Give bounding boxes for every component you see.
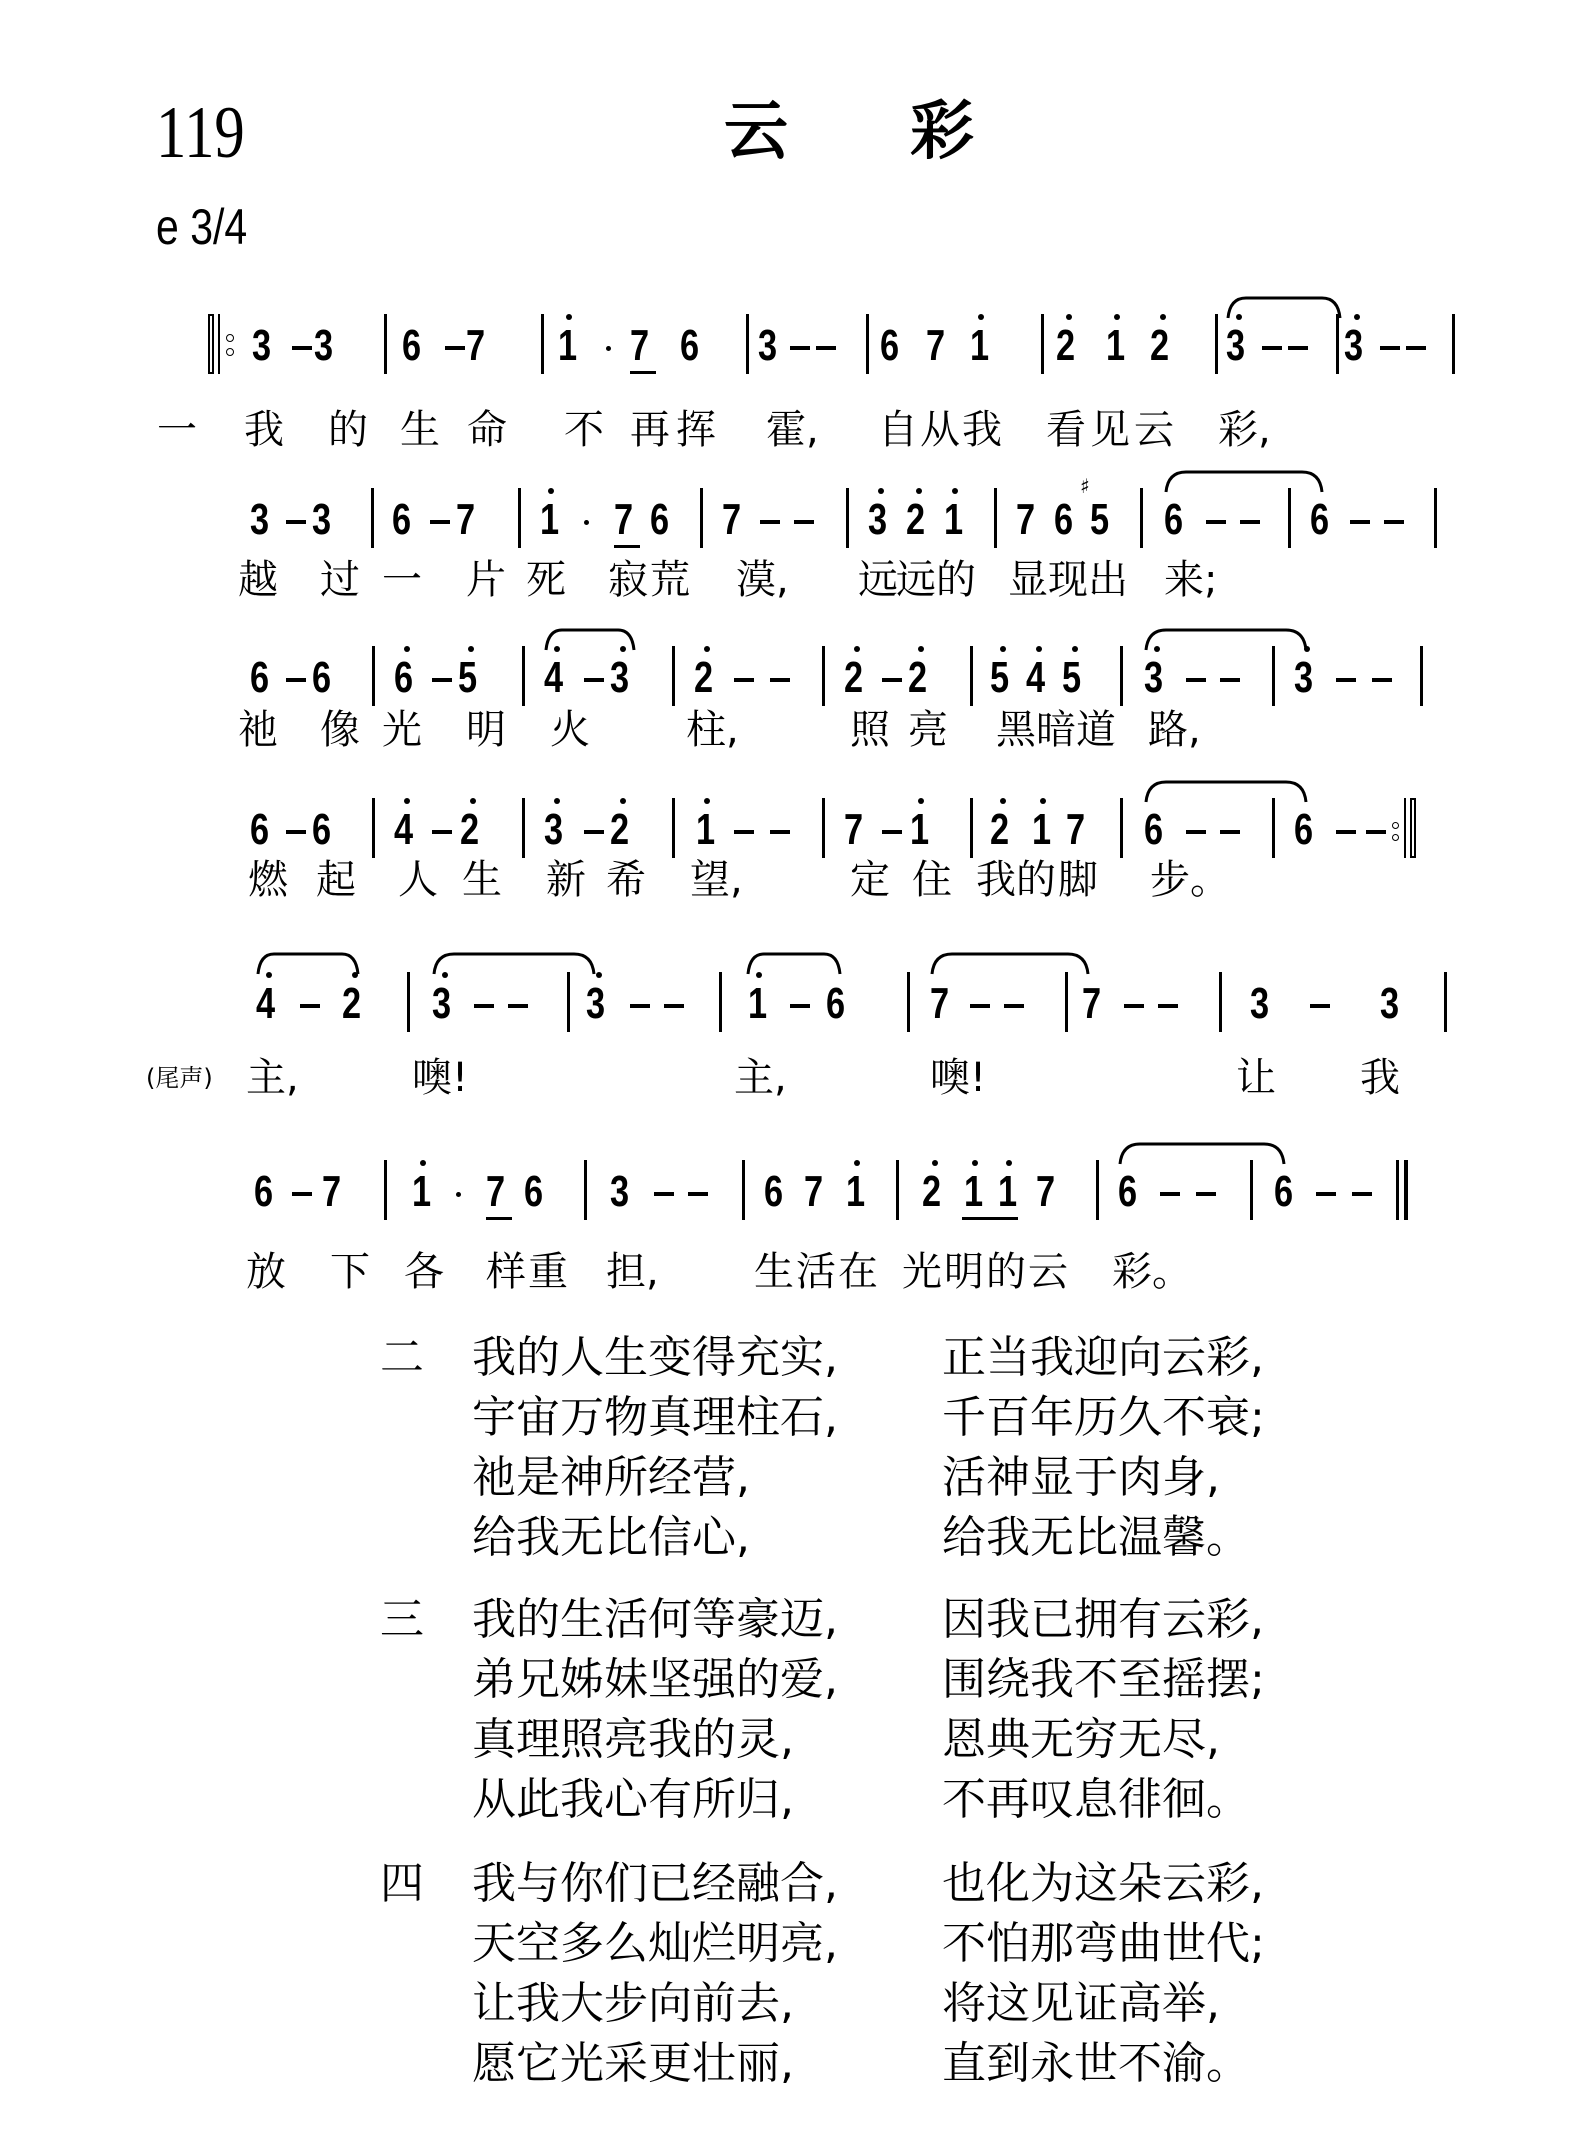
dash [794,520,814,524]
barline [1272,798,1275,858]
dash [1310,1004,1330,1008]
barline [700,488,703,548]
verse-line: 天空多么灿烂明亮, [472,1922,838,1966]
verse-line: 让我大步向前去, [472,1982,794,2026]
dash [654,1192,674,1196]
note: 1 [998,1170,1017,1214]
barline [672,646,675,706]
note: 7 [1082,982,1101,1026]
lyric: 显 [1008,560,1048,600]
octave-dot [620,646,626,652]
verse-line: 愿它光采更壮丽, [472,2042,794,2086]
lyric: 放 [246,1252,286,1292]
note: 3 [758,324,777,368]
barline [1452,314,1455,374]
dash [816,346,836,350]
lyric: 脚 [1058,860,1098,900]
dash [1220,830,1240,834]
dash [790,1004,810,1008]
notation-system-1: 3 3 6 7 1 7 6 3 6 7 1 2 1 2 3 3 [0,300,1571,390]
note: 6 [680,324,699,368]
lyric: 新 [546,860,586,900]
note: 5 [1062,656,1081,700]
lyrics-line-2: 越 过 一 片 死 寂 荒 漠, 远 远 的 显 现 出 来; [0,552,1571,642]
lyric: 光 [902,1252,942,1292]
note: 6 [1294,808,1313,852]
octave-dot [972,1160,978,1166]
octave-dot [952,488,958,494]
sharp-icon: ♯ [1080,474,1090,498]
note: 7 [722,498,741,542]
note: 6 [1274,1170,1293,1214]
note: 3 [610,656,629,700]
lyric: 的 [936,560,976,600]
additional-verses: 二 我的人生变得充实, 正当我迎向云彩, 宇宙万物真理柱石, 千百年历久不衰; … [0,1330,1571,2130]
dash [760,520,780,524]
verse-line: 不怕那弯曲世代; [942,1922,1265,1966]
dash [1406,346,1426,350]
lyric: 重 [528,1252,568,1292]
tie [432,948,596,978]
lyric: 彩。 [1112,1252,1192,1292]
dash [630,1004,650,1008]
barline [1215,314,1218,374]
barline [970,798,973,858]
note: 6 [1054,498,1073,542]
lyric: 明 [944,1252,984,1292]
lyric: 寂 [608,560,648,600]
note: 6 [394,656,413,700]
note: 6 [826,982,845,1026]
barline [384,1160,387,1220]
octave-dot [1154,646,1160,652]
lyric: 我 [962,410,1002,450]
lyric: 光 [382,710,422,750]
note: 3 [610,1170,629,1214]
dash [584,830,604,834]
lyric: 主, [734,1058,787,1098]
lyric: 在 [838,1252,878,1292]
verse-line: 也化为这朵云彩, [942,1862,1264,1906]
note: 7 [486,1170,505,1214]
barline [1272,646,1275,706]
octave-dot [1072,646,1078,652]
note: 7 [466,324,485,368]
tie [1164,466,1324,496]
note: 2 [342,982,361,1026]
lyric: 远 [858,560,898,600]
verse-line: 给我无比信心, [472,1516,750,1560]
lyric: 荒 [650,560,690,600]
note: 5 [458,656,477,700]
lyric: 看 [1046,410,1086,450]
lyric: 黑 [996,710,1036,750]
barline [522,646,525,706]
octave-dot [854,1160,860,1166]
dash [770,678,790,682]
note: 1 [846,1170,865,1214]
octave-dot [1006,1160,1012,1166]
repeat-dot [226,348,234,356]
dash [770,830,790,834]
lyric: 担, [606,1252,659,1292]
octave-dot [1236,314,1242,320]
lyric: 云 [1134,410,1174,450]
dash [882,678,902,682]
note: 4 [1026,656,1045,700]
verse-line: 将这见证高举, [942,1982,1220,2026]
lyric: 生 [754,1252,794,1292]
octave-dot [566,314,572,320]
verse-number: 二 [380,1336,424,1380]
repeat-end-thick [1410,798,1416,858]
octave-dot [596,972,602,978]
verse-line: 宇宙万物真理柱石, [472,1396,838,1440]
octave-dot [1304,646,1310,652]
note: 7 [926,324,945,368]
barline [384,314,387,374]
lyric: 下 [330,1252,370,1292]
dash [300,1004,320,1008]
lyric: 自 [878,410,918,450]
dash [1206,520,1226,524]
lyric: 的 [328,410,368,450]
verse-line: 弟兄姊妹坚强的爱, [472,1658,838,1702]
note: 1 [910,808,929,852]
repeat-dot [226,334,234,342]
lyric: 漠, [736,560,789,600]
dash [1288,346,1308,350]
octave-dot [932,1160,938,1166]
barline [584,1160,587,1220]
final-barline-thin [1396,1160,1399,1220]
lyrics-line-4: 燃 起 人 生 新 希 望, 定 住 我 的 脚 步。 [0,852,1571,942]
tie [1144,776,1308,806]
octave-dot [756,972,762,978]
verse-line: 正当我迎向云彩, [942,1336,1264,1380]
barline [518,488,521,548]
note: 2 [1056,324,1075,368]
lyric: 霍, [766,410,819,450]
note: 1 [412,1170,431,1214]
verse-number: 一 [157,410,197,450]
lyric: 过 [320,560,360,600]
dash [1196,1192,1216,1196]
dash [1316,1192,1336,1196]
barline [372,646,375,706]
note: 7 [1066,808,1085,852]
note: 6 [402,324,421,368]
lyric: 希 [606,860,646,900]
note: 4 [394,808,413,852]
note: 3 [250,498,269,542]
lyric: 从 [920,410,960,450]
lyric: 让 [1236,1058,1276,1098]
barline [907,972,910,1032]
verse-line: 给我无比温馨。 [942,1516,1250,1560]
note: 7 [844,808,863,852]
octave-dot [442,972,448,978]
barline [1096,1160,1099,1220]
lyric: 暗 [1036,710,1076,750]
dash [1186,678,1206,682]
barline [746,314,749,374]
lyric: 生 [462,860,502,900]
note: 1 [944,498,963,542]
note: 6 [880,324,899,368]
barline [372,798,375,858]
title-char-1: 云 [724,100,788,164]
lyrics-line-6: 放 下 各 样 重 担, 生 活 在 光 明 的 云 彩。 [0,1240,1571,1330]
underline [630,371,656,374]
lyric: 我 [976,860,1016,900]
final-barline-thick [1404,1160,1408,1220]
barline [994,488,997,548]
note: 7 [456,498,475,542]
note: 3 [1294,656,1313,700]
lyric: 片 [466,560,506,600]
verse-number: 三 [380,1598,424,1642]
note: 6 [1164,498,1183,542]
note: 6 [254,1170,273,1214]
dash [734,678,754,682]
dash [664,1004,684,1008]
note: 7 [1016,498,1035,542]
note: 1 [964,1170,983,1214]
tie [1118,1138,1286,1168]
dash [734,830,754,834]
note: 6 [764,1170,783,1214]
note: 5 [1090,498,1109,542]
note: 3 [1344,324,1363,368]
octave-dot [1036,646,1042,652]
verse-line: 因我已拥有云彩, [942,1598,1264,1642]
dash [1186,830,1206,834]
dash [1220,678,1240,682]
lyric: 火 [550,710,590,750]
note: 3 [312,498,331,542]
lyric: 祂 [238,710,278,750]
octave-dot [468,646,474,652]
dash [292,1192,312,1196]
note: 5 [990,656,1009,700]
dash [1262,346,1282,350]
dash [432,830,452,834]
octave-dot [1066,314,1072,320]
note: 3 [1380,982,1399,1026]
key-time-signature: e 3/4 [156,202,247,252]
lyric: 燃 [248,860,288,900]
note: 6 [250,808,269,852]
note: 2 [844,656,863,700]
note: 2 [906,498,925,542]
octave-dot [470,798,476,804]
octave-dot [1000,798,1006,804]
lyric: 起 [316,860,356,900]
dash [286,678,306,682]
dash [1352,1192,1372,1196]
dash [286,520,306,524]
lyric: 再 [630,410,670,450]
repeat-end-thin [1404,798,1406,858]
note: 1 [558,324,577,368]
barline [742,1160,745,1220]
octave-dot [620,798,626,804]
lyric: 住 [912,860,952,900]
octave-dot [854,646,860,652]
lyric: 见 [1090,410,1130,450]
barline [1336,314,1339,374]
barline [822,798,825,858]
lyric: 越 [238,560,278,600]
barline [567,972,570,1032]
barline [846,488,849,548]
lyric: 定 [850,860,890,900]
barline [407,972,410,1032]
notation-system-6: 6 7 1 7 6 3 6 7 1 2 1 1 7 6 6 [0,1146,1571,1236]
lyric: 照 [850,710,890,750]
lyric: 云 [1028,1252,1068,1292]
dash [1372,678,1392,682]
repeat-dot [1392,834,1399,841]
barline [1065,972,1068,1032]
lyric: 彩, [1218,410,1271,450]
note: 6 [250,656,269,700]
barline [822,646,825,706]
lyric: 来; [1164,560,1217,600]
title-char-2: 彩 [910,100,974,164]
note: 1 [748,982,767,1026]
underline [486,1217,512,1220]
dash [688,1192,708,1196]
hymn-number: 119 [156,96,245,170]
octave-dot [404,798,410,804]
lyric: 道 [1076,710,1116,750]
lyrics-line-5: (尾声) 主, 噢! 主, 噢! 让 我 [0,1050,1571,1140]
octave-dot [548,488,554,494]
augmentation-dot [456,1192,461,1197]
lyric: 出 [1088,560,1128,600]
note: 6 [312,808,331,852]
repeat-start-thin [218,314,220,374]
underline [962,1217,1018,1220]
note: 3 [252,324,271,368]
note: 2 [460,808,479,852]
octave-dot [916,488,922,494]
note: 4 [256,982,275,1026]
note: 4 [544,656,563,700]
lyric: 各 [404,1252,444,1292]
dash [1158,1004,1178,1008]
lyric: 生 [400,410,440,450]
note: 3 [432,982,451,1026]
dash [882,830,902,834]
coda-label: (尾声) [146,1066,213,1090]
verse-line: 恩典无穷无尽, [942,1718,1220,1762]
verse-line: 真理照亮我的灵, [472,1718,794,1762]
lyric: 的 [986,1252,1026,1292]
octave-dot [266,972,272,978]
lyric: 远 [896,560,936,600]
octave-dot [704,646,710,652]
note: 7 [614,498,633,542]
dash [292,346,312,350]
notation-system-5: 4 2 3 3 1 6 7 7 3 3 [0,950,1571,1040]
octave-dot [918,646,924,652]
note: 1 [1106,324,1125,368]
dash [1336,830,1356,834]
lyric: 主, [246,1058,299,1098]
barline [541,314,544,374]
dash [432,678,452,682]
octave-dot [554,798,560,804]
lyric: 我 [1360,1058,1400,1098]
verse-line: 我与你们已经融合, [472,1862,838,1906]
lyric: 现 [1048,560,1088,600]
barline [672,798,675,858]
octave-dot [1160,314,1166,320]
lyric: 人 [398,860,438,900]
dash [790,346,810,350]
note: 2 [610,808,629,852]
dash [430,520,450,524]
dash [286,830,306,834]
note: 6 [392,498,411,542]
lyric: 我 [244,410,284,450]
dash [970,1004,990,1008]
dash [1380,346,1400,350]
note: 2 [990,808,1009,852]
barline [1041,314,1044,374]
verse-line: 围绕我不至摇摆; [942,1658,1265,1702]
barline [1434,488,1437,548]
note: 2 [1150,324,1169,368]
dash [1240,520,1260,524]
lyric: 噢! [930,1058,986,1098]
note: 6 [1144,808,1163,852]
note: 3 [1250,982,1269,1026]
octave-dot [420,1160,426,1166]
lyric: 一 [382,560,422,600]
barline [1140,488,1143,548]
barline [371,488,374,548]
octave-dot [352,972,358,978]
verse-line: 不再叹息徘徊。 [942,1778,1250,1822]
dash [445,346,465,350]
verse-line: 从此我心有所归, [472,1778,794,1822]
augmentation-dot [606,346,611,351]
note: 7 [930,982,949,1026]
verse-line: 我的生活何等豪迈, [472,1598,838,1642]
note: 1 [696,808,715,852]
lyric: 活 [796,1252,836,1292]
augmentation-dot [584,520,589,525]
lyric: 不 [564,410,604,450]
dash [1336,678,1356,682]
verse-line: 活神显于肉身, [942,1456,1220,1500]
dash [1004,1004,1024,1008]
verse-line: 直到永世不渝。 [942,2042,1250,2086]
dash [474,1004,494,1008]
lyric: 死 [526,560,566,600]
octave-dot [1040,798,1046,804]
octave-dot [978,314,984,320]
note: 6 [1310,498,1329,542]
verse-line: 千百年历久不衰; [942,1396,1265,1440]
lyric: 挥 [676,410,716,450]
note: 2 [922,1170,941,1214]
dash [584,678,604,682]
